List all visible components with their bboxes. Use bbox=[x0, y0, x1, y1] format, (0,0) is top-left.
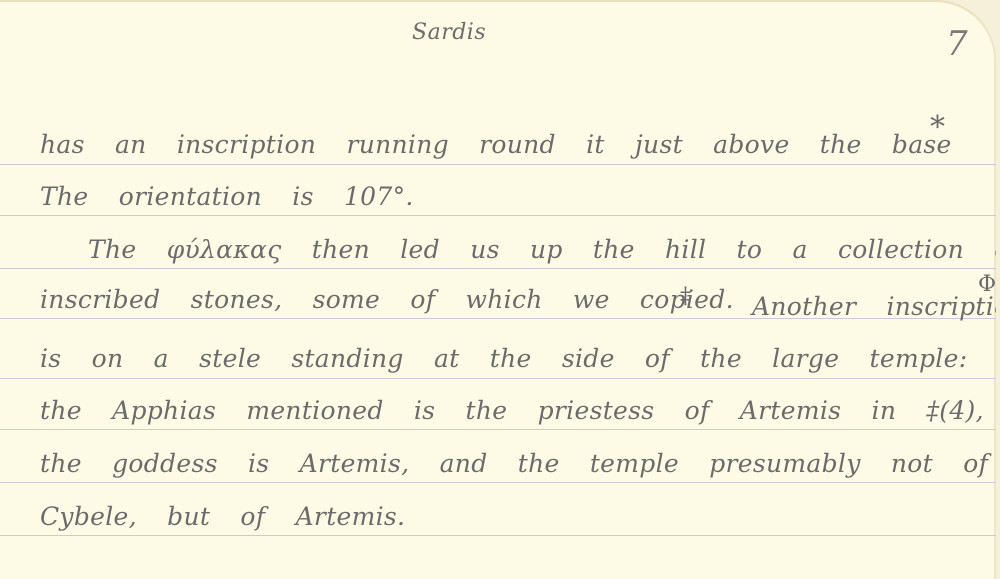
asterisk-footnote-mark: * bbox=[930, 110, 945, 145]
ruled-line bbox=[0, 268, 996, 269]
ruled-line bbox=[0, 215, 996, 216]
text-line-8: Cybele, but of Artemis. bbox=[40, 502, 405, 531]
ruled-line bbox=[0, 429, 996, 430]
page-heading: Sardis bbox=[412, 20, 486, 45]
text-line-7: the goddess is Artemis, and the temple p… bbox=[40, 449, 988, 478]
ruled-line bbox=[0, 164, 996, 165]
ruled-line bbox=[0, 378, 996, 379]
ruled-line bbox=[0, 535, 996, 536]
ruled-line bbox=[0, 482, 996, 483]
page-number: 7 bbox=[946, 24, 968, 64]
text-line-4: inscribed stones, some of which we copie… bbox=[40, 285, 734, 314]
notebook-page: Sardis 7 has an inscription running roun… bbox=[0, 0, 996, 577]
text-line-5: is on a stele standing at the side of th… bbox=[40, 344, 996, 373]
text-line-3: The φύλακας then led us up the hill to a… bbox=[88, 235, 996, 264]
phi-footnote-mark: Φ bbox=[978, 272, 996, 297]
text-line-4-continuation: Another inscription bbox=[752, 292, 996, 321]
text-line-6: the Apphias mentioned is the priestess o… bbox=[40, 396, 996, 425]
double-dagger-footnote-mark: ‡ bbox=[680, 284, 691, 309]
text-line-1: has an inscription running round it just… bbox=[40, 130, 952, 159]
text-line-2: The orientation is 107°. bbox=[40, 182, 414, 211]
